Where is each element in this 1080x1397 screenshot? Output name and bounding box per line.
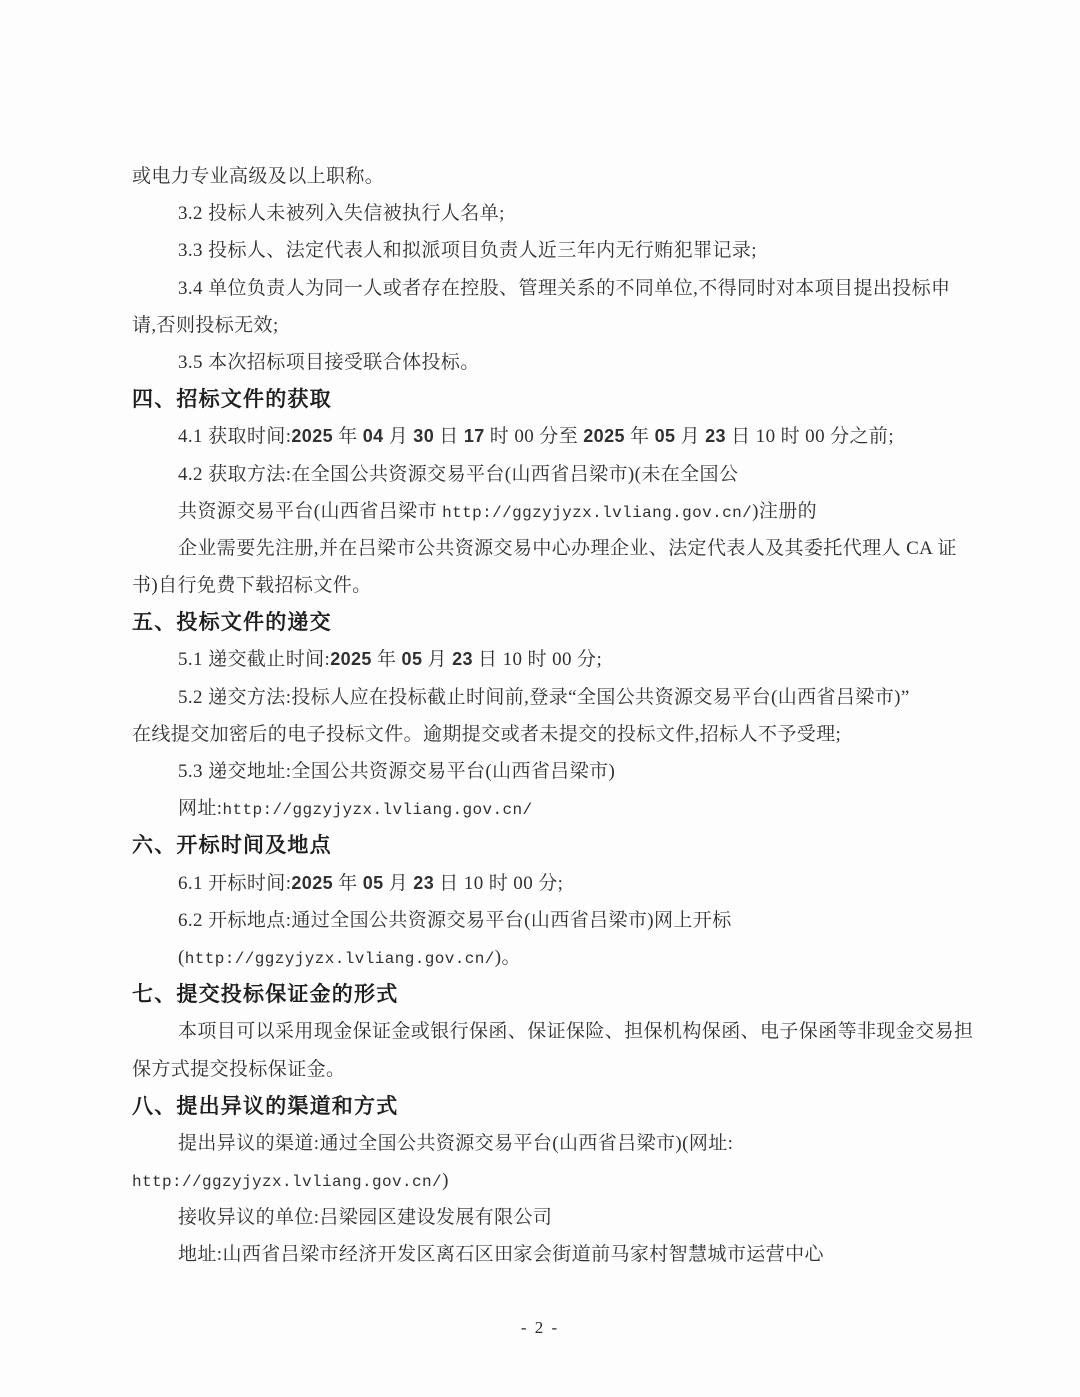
- text-segment: 书)自行免费下载招标文件。: [132, 575, 372, 596]
- text-segment: )注册的: [752, 501, 817, 522]
- section-heading: 四、招标文件的获取: [132, 381, 948, 418]
- text-segment: 3.5 本次招标项目接受联合体投标。: [178, 352, 480, 373]
- text-segment: 2025: [291, 426, 333, 446]
- text-segment: 23: [413, 873, 434, 893]
- text-segment: 3.2 投标人未被列入失信被执行人名单;: [178, 203, 505, 224]
- url-text: http://ggzyjyzx.lvliang.gov.cn/: [132, 1173, 442, 1191]
- text-segment: 在线提交加密后的电子投标文件。逾期提交或者未提交的投标文件,招标人不予受理;: [132, 724, 841, 745]
- text-segment: 保方式提交投标保证金。: [132, 1059, 345, 1080]
- text-segment: 17: [464, 426, 485, 446]
- doc-line: 本项目可以采用现金保证金或银行保函、保证保险、担保机构保函、电子保函等非现金交易…: [132, 1013, 948, 1050]
- text-segment: 年: [333, 426, 363, 447]
- doc-line: 5.1 递交截止时间:2025 年 05 月 23 日 10 时 00 分;: [132, 641, 948, 678]
- text-segment: 6.1 开标时间:: [178, 873, 291, 894]
- text-segment: 3.4 单位负责人为同一人或者存在控股、管理关系的不同单位,不得同时对本项目提出…: [178, 278, 950, 299]
- text-segment: 2025: [330, 649, 372, 669]
- text-segment: 5.3 递交地址:全国公共资源交易平台(山西省吕梁市): [178, 761, 615, 782]
- page-number: - 2 -: [0, 1318, 1080, 1338]
- text-segment: 05: [655, 426, 676, 446]
- text-segment: 网址:: [178, 798, 222, 819]
- doc-line: 6.1 开标时间:2025 年 05 月 23 日 10 时 00 分;: [132, 865, 948, 902]
- text-segment: 七、提交投标保证金的形式: [132, 983, 398, 1006]
- doc-line: 4.1 获取时间:2025 年 04 月 30 日 17 时 00 分至 202…: [132, 418, 948, 455]
- text-segment: 05: [363, 873, 384, 893]
- doc-line: 在线提交加密后的电子投标文件。逾期提交或者未提交的投标文件,招标人不予受理;: [132, 716, 948, 753]
- text-segment: 年: [372, 649, 402, 670]
- section-heading: 五、投标文件的递交: [132, 604, 948, 641]
- text-segment: 五、投标文件的递交: [132, 611, 332, 634]
- text-segment: 4.2 获取方法:在全国公共资源交易平台(山西省吕梁市)(未在全国公: [178, 464, 738, 485]
- doc-line: (http://ggzyjyzx.lvliang.gov.cn/)。: [132, 939, 948, 976]
- section-heading: 六、开标时间及地点: [132, 827, 948, 864]
- text-segment: )。: [495, 947, 521, 968]
- doc-line: 书)自行免费下载招标文件。: [132, 567, 948, 604]
- doc-line: 3.3 投标人、法定代表人和拟派项目负责人近三年内无行贿犯罪记录;: [132, 232, 948, 269]
- doc-line: 企业需要先注册,并在吕梁市公共资源交易中心办理企业、法定代表人及其委托代理人 C…: [132, 530, 948, 567]
- doc-line: 5.3 递交地址:全国公共资源交易平台(山西省吕梁市): [132, 753, 948, 790]
- document-page: 或电力专业高级及以上职称。3.2 投标人未被列入失信被执行人名单;3.3 投标人…: [0, 0, 1080, 1397]
- url-text: http://ggzyjyzx.lvliang.gov.cn/: [222, 801, 532, 819]
- text-segment: 年: [333, 873, 363, 894]
- text-segment: 月: [422, 649, 452, 670]
- text-segment: 日 10 时 00 分;: [473, 649, 602, 670]
- doc-line: 3.5 本次招标项目接受联合体投标。: [132, 344, 948, 381]
- doc-line: 或电力专业高级及以上职称。: [132, 158, 948, 195]
- text-segment: 四、招标文件的获取: [132, 388, 332, 411]
- text-segment: 日: [434, 426, 464, 447]
- text-segment: 日 10 时 00 分之前;: [726, 426, 894, 447]
- text-segment: 23: [452, 649, 473, 669]
- doc-line: http://ggzyjyzx.lvliang.gov.cn/): [132, 1162, 948, 1199]
- text-segment: 4.1 获取时间:: [178, 426, 291, 447]
- doc-line: 接收异议的单位:吕梁园区建设发展有限公司: [132, 1199, 948, 1236]
- text-segment: 月: [675, 426, 705, 447]
- section-heading: 八、提出异议的渠道和方式: [132, 1088, 948, 1125]
- text-segment: 时 00 分至: [485, 426, 584, 447]
- doc-line: 共资源交易平台(山西省吕梁市 http://ggzyjyzx.lvliang.g…: [132, 493, 948, 530]
- text-segment: 5.1 递交截止时间:: [178, 649, 330, 670]
- text-segment: 地址:山西省吕梁市经济开发区离石区田家会街道前马家村智慧城市运营中心: [178, 1244, 824, 1265]
- text-segment: 共资源交易平台(山西省吕梁市: [178, 501, 442, 522]
- text-segment: 八、提出异议的渠道和方式: [132, 1095, 398, 1118]
- text-segment: 日 10 时 00 分;: [434, 873, 563, 894]
- text-segment: 6.2 开标地点:通过全国公共资源交易平台(山西省吕梁市)网上开标: [178, 910, 732, 931]
- text-segment: 05: [402, 649, 423, 669]
- text-segment: 本项目可以采用现金保证金或银行保函、保证保险、担保机构保函、电子保函等非现金交易…: [178, 1021, 973, 1042]
- url-text: http://ggzyjyzx.lvliang.gov.cn/: [442, 504, 752, 522]
- doc-line: 3.4 单位负责人为同一人或者存在控股、管理关系的不同单位,不得同时对本项目提出…: [132, 270, 948, 307]
- doc-line: 4.2 获取方法:在全国公共资源交易平台(山西省吕梁市)(未在全国公: [132, 456, 948, 493]
- text-segment: (: [178, 947, 185, 968]
- doc-line: 5.2 递交方法:投标人应在投标截止时间前,登录“全国公共资源交易平台(山西省吕…: [132, 679, 948, 716]
- doc-line: 请,否则投标无效;: [132, 307, 948, 344]
- document-content: 或电力专业高级及以上职称。3.2 投标人未被列入失信被执行人名单;3.3 投标人…: [132, 158, 948, 1274]
- text-segment: ): [442, 1170, 449, 1191]
- text-segment: 提出异议的渠道:通过全国公共资源交易平台(山西省吕梁市)(网址:: [178, 1133, 733, 1154]
- text-segment: 请,否则投标无效;: [132, 315, 279, 336]
- url-text: http://ggzyjyzx.lvliang.gov.cn/: [185, 950, 495, 968]
- text-segment: 月: [384, 873, 414, 894]
- text-segment: 5.2 递交方法:投标人应在投标截止时间前,登录“全国公共资源交易平台(山西省吕…: [178, 687, 910, 708]
- text-segment: 23: [705, 426, 726, 446]
- text-segment: 30: [413, 426, 434, 446]
- text-segment: 或电力专业高级及以上职称。: [132, 166, 384, 187]
- text-segment: 2025: [583, 426, 625, 446]
- doc-line: 6.2 开标地点:通过全国公共资源交易平台(山西省吕梁市)网上开标: [132, 902, 948, 939]
- text-segment: 04: [363, 426, 384, 446]
- doc-line: 提出异议的渠道:通过全国公共资源交易平台(山西省吕梁市)(网址:: [132, 1125, 948, 1162]
- doc-line: 保方式提交投标保证金。: [132, 1051, 948, 1088]
- doc-line: 网址:http://ggzyjyzx.lvliang.gov.cn/: [132, 790, 948, 827]
- text-segment: 六、开标时间及地点: [132, 834, 332, 857]
- text-segment: 年: [625, 426, 655, 447]
- text-segment: 接收异议的单位:吕梁园区建设发展有限公司: [178, 1207, 552, 1228]
- text-segment: 月: [384, 426, 414, 447]
- text-segment: 企业需要先注册,并在吕梁市公共资源交易中心办理企业、法定代表人及其委托代理人 C…: [178, 538, 957, 559]
- doc-line: 地址:山西省吕梁市经济开发区离石区田家会街道前马家村智慧城市运营中心: [132, 1236, 948, 1273]
- doc-line: 3.2 投标人未被列入失信被执行人名单;: [132, 195, 948, 232]
- section-heading: 七、提交投标保证金的形式: [132, 976, 948, 1013]
- text-segment: 3.3 投标人、法定代表人和拟派项目负责人近三年内无行贿犯罪记录;: [178, 240, 757, 261]
- text-segment: 2025: [291, 873, 333, 893]
